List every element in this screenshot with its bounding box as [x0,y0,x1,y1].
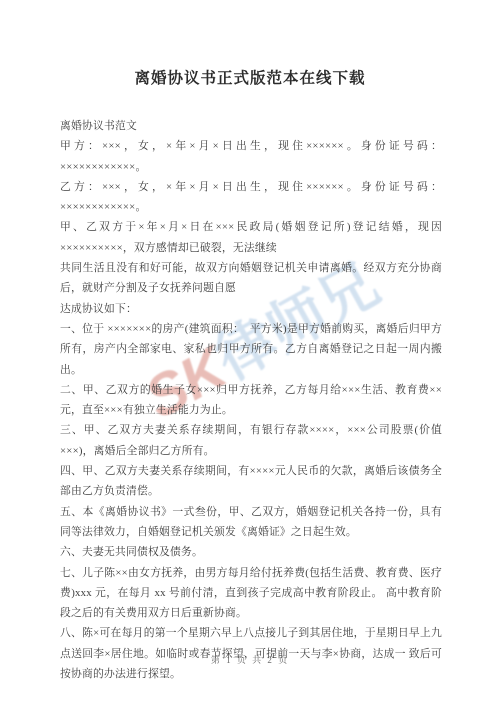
paragraph: 三、甲、乙双方夫妻关系存续期间，有银行存款××××，×××公司股票(价值×××)… [60,420,442,461]
paragraph: 离婚协议书范文 [60,116,442,136]
paragraph: 甲、乙双方于×年×月×日在×××民政局(婚姻登记所)登记结婚，现因×××××××… [60,217,442,258]
paragraph: 共同生活且没有和好可能，故双方向婚姻登记机关申请离婚。经双方充分协商后，就财产分… [60,258,442,299]
paragraph: 达成协议如下： [60,299,442,319]
paragraph: 五、本《离婚协议书》一式叁份，甲、乙双方，婚姻登记机关各持一份，具有同等法律效力… [60,502,442,543]
page-number: 第 1 页 共 2 页 [0,653,500,666]
document-body: 离婚协议书范文甲方：×××，女，×年×月×日出生，现住××××××。身份证号码：… [60,116,442,684]
paragraph: 六、夫妻无共同债权及债务。 [60,542,442,562]
paragraph: 四、甲、乙双方夫妻关系存续期间，有××××元人民币的欠款，离婚后该债务全部由乙方… [60,461,442,502]
paragraph: 一、位于 ×××××××的房产(建筑面积： 平方米)是甲方婚前购买，离婚后归甲方… [60,319,442,380]
paragraph: 二、甲、乙双方的婚生子女×××归甲方抚养，乙方每月给×××生活、教育费××元，直… [60,380,442,421]
paragraph: 七、儿子陈××由女方抚养，由男方每月给付抚养费(包括生活费、教育费、医疗费)xx… [60,563,442,624]
document-page: SK律师兄 离婚协议书正式版范本在线下载 离婚协议书范文甲方：×××，女，×年×… [0,0,500,706]
paragraph: 甲方：×××，女，×年×月×日出生，现住××××××。身份证号码：×××××××… [60,136,442,177]
document-title: 离婚协议书正式版范本在线下载 [0,66,500,88]
paragraph: 乙方：×××，女，×年×月×日出生，现住××××××。身份证号码：×××××××… [60,177,442,218]
